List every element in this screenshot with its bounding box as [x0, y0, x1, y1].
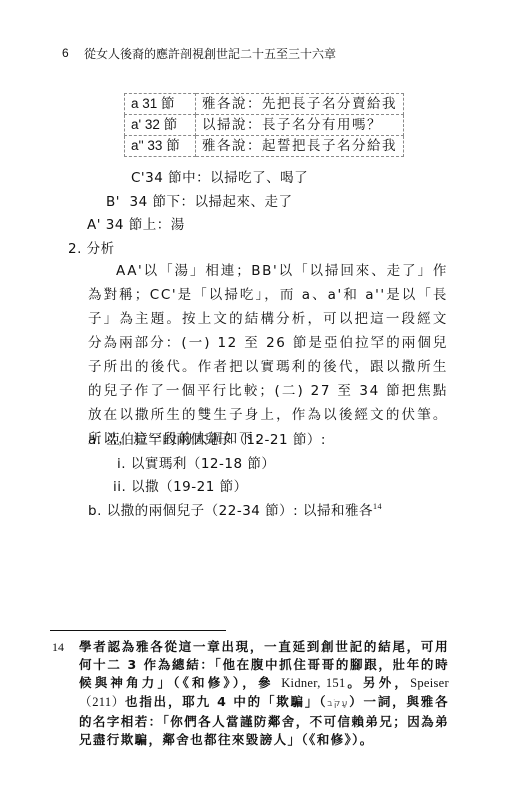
table-row: a'' 33 節 雅各說：起誓把長子名分給我	[125, 136, 404, 157]
outline-item-a-i: i. 以實瑪利（12-18 節）	[117, 452, 275, 472]
outline-line-c-prime: C'34 節中：以掃吃了、喝了	[131, 166, 308, 186]
verse-unit: 節	[161, 96, 175, 112]
footnote-divider	[50, 630, 226, 631]
verse-unit: 節	[166, 138, 180, 154]
verse-ref-cell: a'' 33 節	[125, 136, 196, 157]
verse-ref-cell: a' 32 節	[125, 115, 196, 136]
verse-ref: a 31	[131, 96, 161, 111]
hebrew-word: עָקֹב	[327, 699, 349, 709]
footnote-segment: 。另外，	[346, 675, 411, 690]
verse-unit: 節	[164, 117, 178, 133]
footnote-segment: 也指出，耶九 4 中的「欺騙」（	[125, 694, 327, 709]
footnote-text: 學者認為雅各從這一章出現，一直延到創世記的結尾，可用何十二 3 作為總結：「他在…	[79, 638, 449, 749]
outline-item-a: a. 亞伯拉罕的兩個兒子（12-21 節）:	[88, 428, 326, 448]
outline-line-a-prime: A' 34 節上：湯	[87, 213, 185, 233]
table-row: a 31 節 雅各說：先把長子名分賣給我	[125, 94, 404, 115]
analysis-text: AA'以「湯」相連；BB'以「以掃回來、走了」作為對稱；CC'是「以掃吃」，而 …	[88, 263, 448, 447]
table-row: a' 32 節 以掃說：長子名分有用嗎？	[125, 115, 404, 136]
section-heading: 2. 分析	[68, 237, 115, 257]
outline-table: a 31 節 雅各說：先把長子名分賣給我 a' 32 節 以掃說：長子名分有用嗎…	[124, 93, 404, 157]
verse-ref: a' 32	[131, 117, 164, 132]
outline-item-b-text: b. 以撒的兩個兒子（22-34 節）: 以掃和雅各	[88, 503, 373, 519]
footnote-ref[interactable]: 14	[373, 502, 382, 511]
outline-item-a-ii: ii. 以撒（19-21 節）	[113, 475, 248, 495]
verse-ref: a'' 33	[131, 138, 166, 153]
outline-item-b: b. 以撒的兩個兒子（22-34 節）: 以掃和雅各14	[88, 499, 382, 519]
verse-summary-cell: 雅各說：起誓把長子名分給我	[196, 136, 404, 157]
verse-ref-cell: a 31 節	[125, 94, 196, 115]
running-title: 從女人後裔的應許剖視創世記二十五至三十六章	[84, 45, 336, 62]
verse-summary-cell: 雅各說：先把長子名分賣給我	[196, 94, 404, 115]
page-number: 6	[62, 46, 69, 60]
analysis-paragraph: AA'以「湯」相連；BB'以「以掃回來、走了」作為對稱；CC'是「以掃吃」，而 …	[88, 259, 448, 451]
footnote-number: 14	[52, 640, 64, 655]
outline-line-b-prime: B' 34 節下：以掃起來、走了	[106, 190, 293, 210]
verse-summary-cell: 以掃說：長子名分有用嗎？	[196, 115, 404, 136]
citation-kidner: Kidner, 151	[281, 676, 345, 690]
